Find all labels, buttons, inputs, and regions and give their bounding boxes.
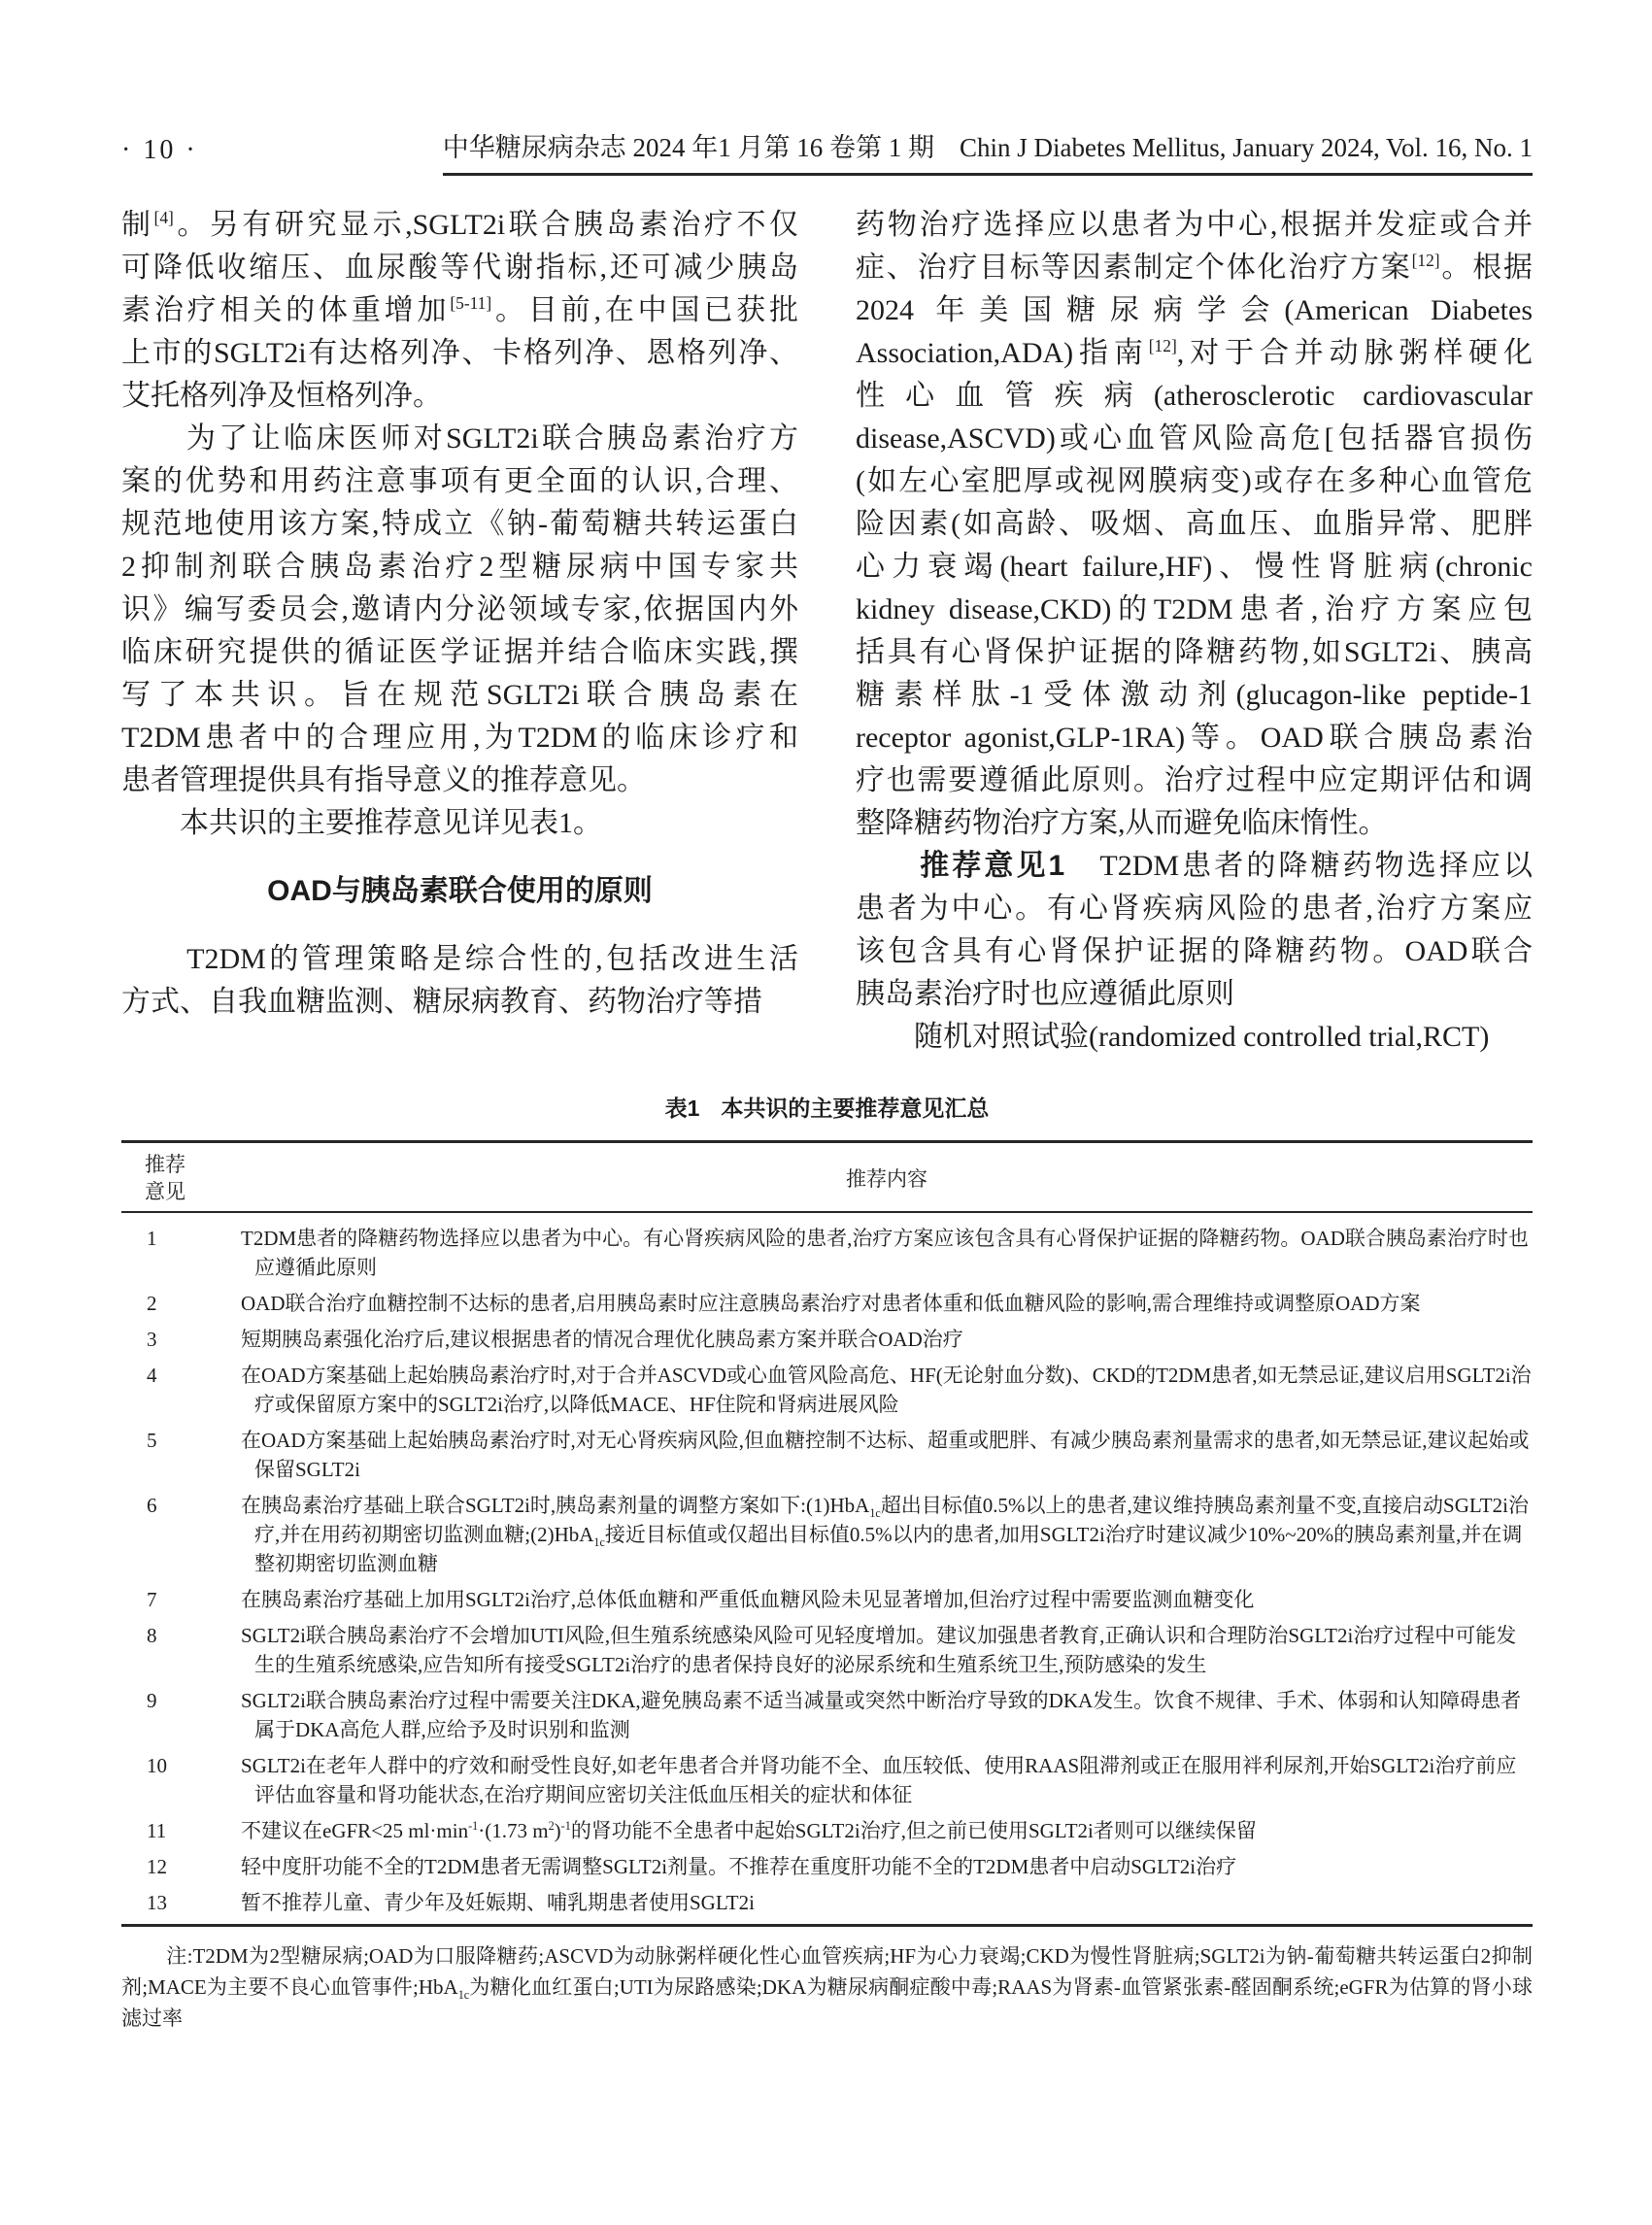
row-number: 4: [121, 1361, 241, 1419]
text-line: 药物治疗选择应以患者为中心,根据并发症或合并: [856, 204, 1533, 247]
text-line: 识》编写委员会,邀请内分泌领域专家,依据国内外: [121, 589, 798, 631]
table-body: 1 T2DM患者的降糖药物选择应以患者为中心。有心肾疾病风险的患者,治疗方案应该…: [121, 1213, 1533, 1917]
text-line: T2DM的管理策略是综合性的,包括改进生活: [121, 938, 798, 981]
page-number: · 10 ·: [121, 135, 198, 176]
row-number: 11: [121, 1816, 241, 1845]
row-content: SGLT2i联合胰岛素治疗不会增加UTI风险,但生殖系统感染风险可见轻度增加。建…: [241, 1621, 1533, 1679]
left-column-paragraphs-bottom: T2DM的管理策略是综合性的,包括改进生活方式、自我血糖监测、糖尿病教育、药物治…: [121, 938, 798, 1024]
row-number: 8: [121, 1621, 241, 1679]
text-line: 方式、自我血糖监测、糖尿病教育、药物治疗等措施。: [121, 981, 798, 1024]
table-row: 8 SGLT2i联合胰岛素治疗不会增加UTI风险,但生殖系统感染风险可见轻度增加…: [121, 1621, 1533, 1679]
header-col1-line1: 推荐: [145, 1151, 241, 1178]
row-content: 短期胰岛素强化治疗后,建议根据患者的情况合理优化胰岛素方案并联合OAD治疗: [241, 1325, 1533, 1354]
text-line: 案的优势和用药注意事项有更全面的认识,合理、: [121, 460, 798, 503]
text-line: 糖素样肽-1受体激动剂(glucagon-like peptide-1: [856, 674, 1533, 717]
row-content: 轻中度肝功能不全的T2DM患者无需调整SGLT2i剂量。不推荐在重度肝功能不全的…: [241, 1852, 1533, 1881]
text-line: 患者为中心。有心肾疾病风险的患者,治疗方案应: [856, 888, 1533, 930]
text-line: 可降低收缩压、血尿酸等代谢指标,还可减少胰岛: [121, 247, 798, 289]
text-line: 括具有心肾保护证据的降糖药物,如SGLT2i、胰高: [856, 631, 1533, 674]
text-line: 险因素(如高龄、吸烟、高血压、血脂异常、肥胖等)]、: [856, 503, 1533, 546]
table-row: 6 在胰岛素治疗基础上联合SGLT2i时,胰岛素剂量的调整方案如下:(1)HbA…: [121, 1491, 1533, 1578]
row-number: 7: [121, 1585, 241, 1614]
right-column: 药物治疗选择应以患者为中心,根据并发症或合并症、治疗目标等因素制定个体化治疗方案…: [856, 204, 1533, 1059]
row-number: 3: [121, 1325, 241, 1354]
row-content: 在OAD方案基础上起始胰岛素治疗时,对无心肾疾病风险,但血糖控制不达标、超重或肥…: [241, 1426, 1533, 1484]
text-line: receptor agonist,GLP-1RA)等。OAD联合胰岛素治: [856, 717, 1533, 759]
text-line: 为了让临床医师对SGLT2i联合胰岛素治疗方: [121, 418, 798, 460]
journal-citation: 中华糖尿病杂志 2024 年1 月第 16 卷第 1 期Chin J Diabe…: [443, 126, 1533, 176]
header-col1-line2: 意见: [145, 1178, 241, 1205]
text-line: 胰岛素治疗时也应遵循此原则: [856, 973, 1533, 1016]
table-row: 3 短期胰岛素强化治疗后,建议根据患者的情况合理优化胰岛素方案并联合OAD治疗: [121, 1325, 1533, 1354]
text-line: 规范地使用该方案,特成立《钠-葡萄糖共转运蛋白: [121, 503, 798, 546]
left-column: 制[4]。另有研究显示,SGLT2i联合胰岛素治疗不仅可降低收缩压、血尿酸等代谢…: [121, 204, 798, 1024]
right-column-paragraphs: 药物治疗选择应以患者为中心,根据并发症或合并症、治疗目标等因素制定个体化治疗方案…: [856, 204, 1533, 1059]
text-line: T2DM患者中的合理应用,为T2DM的临床诊疗和: [121, 717, 798, 759]
text-line: 患者管理提供具有指导意义的推荐意见。: [121, 759, 798, 802]
row-number: 5: [121, 1426, 241, 1484]
journal-page: · 10 · 中华糖尿病杂志 2024 年1 月第 16 卷第 1 期Chin …: [0, 0, 1652, 2225]
table-title: 表1本共识的主要推荐意见汇总: [121, 1094, 1533, 1123]
row-number: 1: [121, 1224, 241, 1282]
header-col-content: 推荐内容: [241, 1163, 1533, 1193]
text-line: 该包含具有心肾保护证据的降糖药物。OAD联合: [856, 930, 1533, 973]
row-number: 12: [121, 1852, 241, 1881]
table-rule-bottom: [121, 1924, 1533, 1927]
text-line: 症、治疗目标等因素制定个体化治疗方案[12]。根据: [856, 247, 1533, 289]
table-row: 5 在OAD方案基础上起始胰岛素治疗时,对无心肾疾病风险,但血糖控制不达标、超重…: [121, 1426, 1533, 1484]
row-number: 6: [121, 1491, 241, 1578]
text-line: 推荐意见1 T2DM患者的降糖药物选择应以: [856, 845, 1533, 888]
row-number: 13: [121, 1888, 241, 1917]
text-line: 心力衰竭(heart failure,HF)、慢性肾脏病(chronic: [856, 546, 1533, 589]
table-row: 4 在OAD方案基础上起始胰岛素治疗时,对于合并ASCVD或心血管风险高危、HF…: [121, 1361, 1533, 1419]
text-line: 整降糖药物治疗方案,从而避免临床惰性。: [856, 802, 1533, 845]
text-line: 性心血管疾病(atherosclerotic cardiovascular: [856, 375, 1533, 418]
row-content: 暂不推荐儿童、青少年及妊娠期、哺乳期患者使用SGLT2i: [241, 1888, 1533, 1917]
row-content: T2DM患者的降糖药物选择应以患者为中心。有心肾疾病风险的患者,治疗方案应该包含…: [241, 1224, 1533, 1282]
table-row: 11 不建议在eGFR<25 ml·min-1·(1.73 m2)-1的肾功能不…: [121, 1816, 1533, 1845]
row-number: 9: [121, 1686, 241, 1744]
table-title-label: 表1: [665, 1096, 700, 1121]
table-row: 1 T2DM患者的降糖药物选择应以患者为中心。有心肾疾病风险的患者,治疗方案应该…: [121, 1224, 1533, 1282]
row-content: 在胰岛素治疗基础上加用SGLT2i治疗,总体低血糖和严重低血糖风险未见显著增加,…: [241, 1585, 1533, 1614]
table-row: 2 OAD联合治疗血糖控制不达标的患者,启用胰岛素时应注意胰岛素治疗对患者体重和…: [121, 1289, 1533, 1318]
left-column-paragraphs-top: 制[4]。另有研究显示,SGLT2i联合胰岛素治疗不仅可降低收缩压、血尿酸等代谢…: [121, 204, 798, 845]
text-line: 临床研究提供的循证医学证据并结合临床实践,撰: [121, 631, 798, 674]
table-title-text: 本共识的主要推荐意见汇总: [721, 1096, 989, 1121]
table-row: 10 SGLT2i在老年人群中的疗效和耐受性良好,如老年患者合并肾功能不全、血压…: [121, 1751, 1533, 1809]
journal-citation-cn: 中华糖尿病杂志 2024 年1 月第 16 卷第 1 期: [443, 133, 934, 162]
row-content: OAD联合治疗血糖控制不达标的患者,启用胰岛素时应注意胰岛素治疗对患者体重和低血…: [241, 1289, 1533, 1318]
text-line: 写了本共识。旨在规范SGLT2i联合胰岛素在: [121, 674, 798, 717]
row-content: 不建议在eGFR<25 ml·min-1·(1.73 m2)-1的肾功能不全患者…: [241, 1816, 1533, 1845]
text-line: kidney disease,CKD)的T2DM患者,治疗方案应包: [856, 589, 1533, 631]
table-note: 注:T2DM为2型糖尿病;OAD为口服降糖药;ASCVD为动脉粥样硬化性心血管疾…: [121, 1940, 1533, 2034]
header-col-recommendation-no: 推荐 意见: [121, 1151, 241, 1205]
table-header: 推荐 意见 推荐内容: [121, 1143, 1533, 1211]
section-heading: OAD与胰岛素联合使用的原则: [121, 870, 798, 913]
text-line: 随机对照试验(randomized controlled trial,RCT): [856, 1016, 1533, 1059]
row-content: SGLT2i联合胰岛素治疗过程中需要关注DKA,避免胰岛素不适当减量或突然中断治…: [241, 1686, 1533, 1744]
row-content: SGLT2i在老年人群中的疗效和耐受性良好,如老年患者合并肾功能不全、血压较低、…: [241, 1751, 1533, 1809]
text-line: 2抑制剂联合胰岛素治疗2型糖尿病中国专家共: [121, 546, 798, 589]
text-line: (如左心室肥厚或视网膜病变)或存在多种心血管危: [856, 460, 1533, 503]
text-line: 上市的SGLT2i有达格列净、卡格列净、恩格列净、: [121, 332, 798, 375]
row-number: 10: [121, 1751, 241, 1809]
row-number: 2: [121, 1289, 241, 1318]
text-line: 疗也需要遵循此原则。治疗过程中应定期评估和调: [856, 759, 1533, 802]
table-row: 7 在胰岛素治疗基础上加用SGLT2i治疗,总体低血糖和严重低血糖风险未见显著增…: [121, 1585, 1533, 1614]
table-row: 13 暂不推荐儿童、青少年及妊娠期、哺乳期患者使用SGLT2i: [121, 1888, 1533, 1917]
journal-citation-en: Chin J Diabetes Mellitus, January 2024, …: [960, 133, 1533, 162]
text-line: 素治疗相关的体重增加[5-11]。目前,在中国已获批: [121, 289, 798, 332]
table-1: 表1本共识的主要推荐意见汇总 推荐 意见 推荐内容 1 T2DM患者的降糖药物选…: [121, 1094, 1533, 2034]
text-line: 艾托格列净及恒格列净。: [121, 375, 798, 418]
page-header: · 10 · 中华糖尿病杂志 2024 年1 月第 16 卷第 1 期Chin …: [121, 126, 1533, 176]
table-row: 12 轻中度肝功能不全的T2DM患者无需调整SGLT2i剂量。不推荐在重度肝功能…: [121, 1852, 1533, 1881]
row-content: 在OAD方案基础上起始胰岛素治疗时,对于合并ASCVD或心血管风险高危、HF(无…: [241, 1361, 1533, 1419]
text-line: disease,ASCVD)或心血管风险高危[包括器官损伤: [856, 418, 1533, 460]
table-row: 9 SGLT2i联合胰岛素治疗过程中需要关注DKA,避免胰岛素不适当减量或突然中…: [121, 1686, 1533, 1744]
text-line: 本共识的主要推荐意见详见表1。: [121, 802, 798, 845]
text-line: 2024 年美国糖尿病学会(American Diabetes: [856, 289, 1533, 332]
text-line: Association,ADA)指南[12],对于合并动脉粥样硬化: [856, 332, 1533, 375]
row-content: 在胰岛素治疗基础上联合SGLT2i时,胰岛素剂量的调整方案如下:(1)HbA1c…: [241, 1491, 1533, 1578]
text-line: 制[4]。另有研究显示,SGLT2i联合胰岛素治疗不仅: [121, 204, 798, 247]
